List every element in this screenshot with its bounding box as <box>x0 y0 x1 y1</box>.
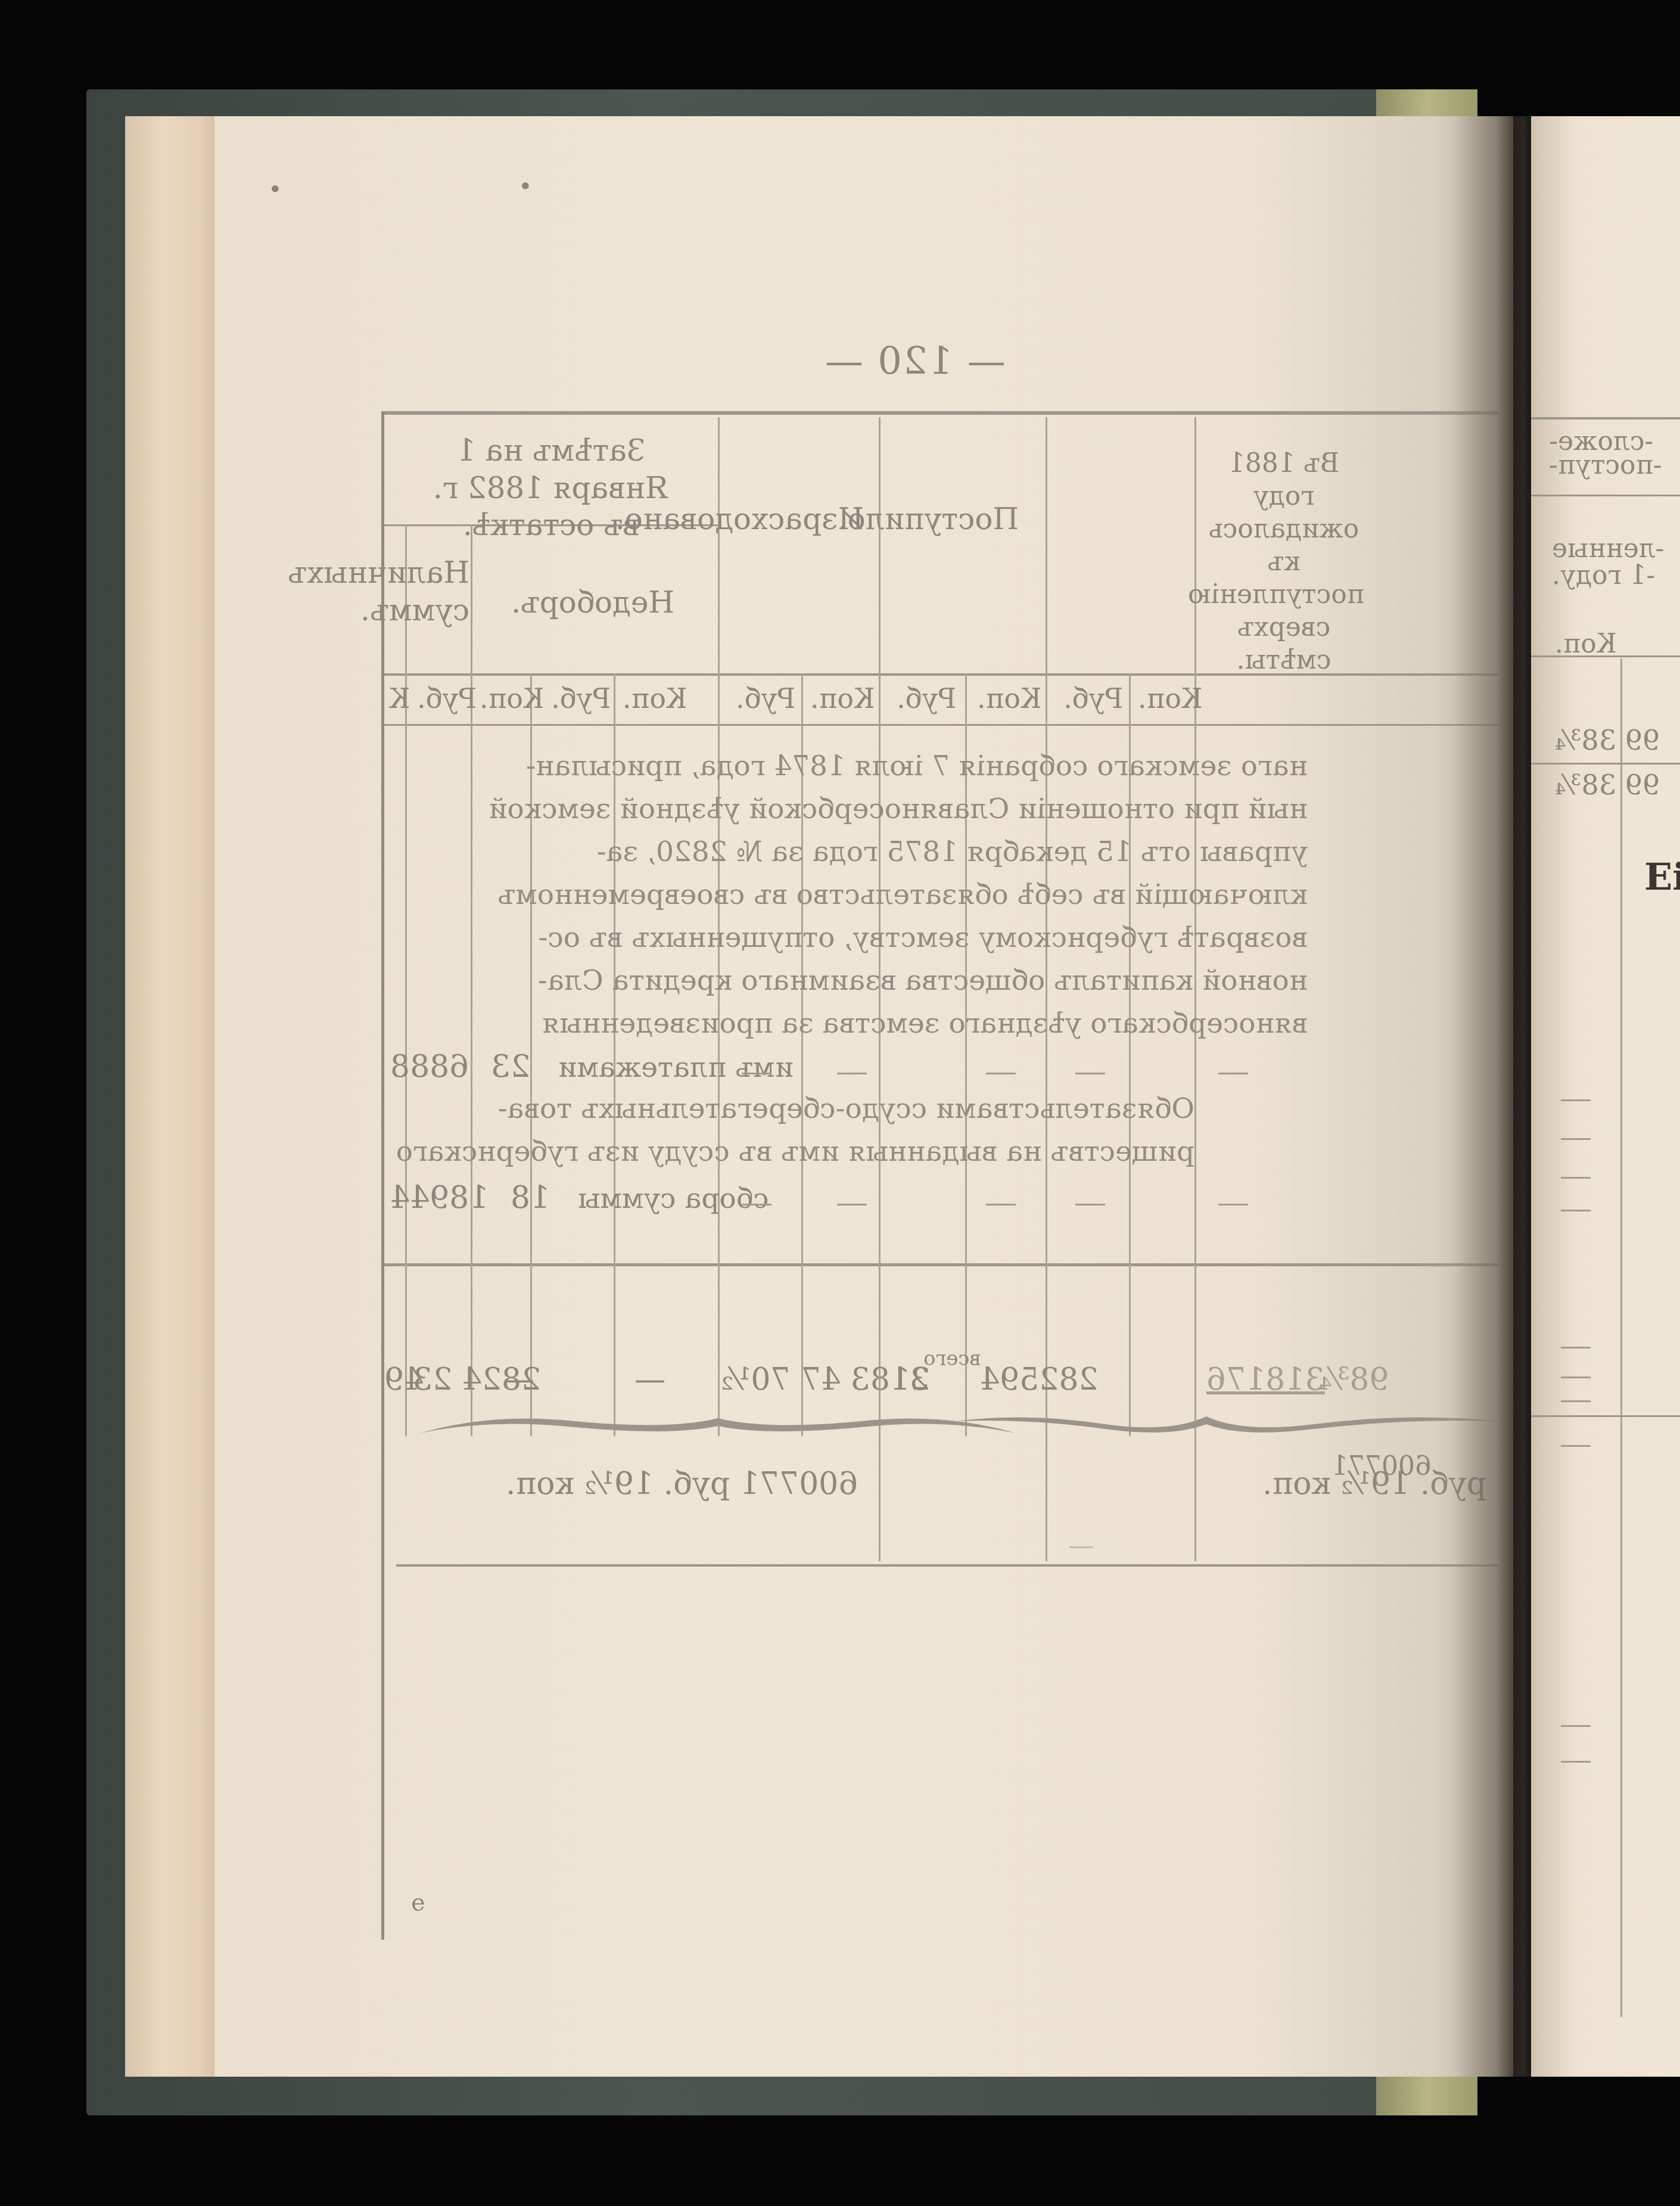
units-row: К Руб. Коп. Руб. Коп. Руб. Коп. Руб. Коп… <box>384 682 1498 721</box>
right-row-rule <box>1531 1415 1680 1417</box>
total-brace-left <box>420 1409 1016 1445</box>
header-nedobor: Недоборъ. <box>474 584 712 622</box>
book-gutter <box>1454 116 1531 2077</box>
right-page-fragment: -сложе- -поступ- -ленные -1 году. Коп. 9… <box>1531 116 1680 2077</box>
dash <box>1069 1546 1093 1548</box>
page-number: — 120 — <box>816 340 1013 384</box>
body-paragraph-1: наго земскаго собранія 7 іюля 1874 года,… <box>390 745 1308 1045</box>
stray-mark: e <box>411 1889 425 1916</box>
row-2-value: 18944 18 сбора суммы <box>390 1180 769 1216</box>
dash <box>1218 1073 1248 1074</box>
page-edges <box>125 116 220 2077</box>
dash <box>986 1073 1016 1074</box>
right-units-kop: Коп. <box>1555 629 1617 659</box>
grand-total-rule <box>396 1564 1498 1567</box>
total-brace-right <box>956 1409 1498 1445</box>
right-row-rule <box>1531 763 1680 765</box>
dash <box>837 1073 867 1074</box>
dash <box>1561 1445 1591 1447</box>
dash <box>1075 1073 1105 1074</box>
dash <box>837 1204 867 1205</box>
table-left-rule <box>381 1478 384 1940</box>
left-page: • • — 120 — Затѣмъ на 1 Января 1882 г. в… <box>214 116 1513 2077</box>
row-1-value: 6888 23 имъ платежами <box>390 1049 793 1085</box>
dash <box>742 1073 771 1074</box>
dash <box>1561 1210 1591 1211</box>
dash <box>1561 1400 1591 1402</box>
dash <box>742 1204 771 1205</box>
dash <box>1561 1377 1591 1378</box>
header-postupilo: Поступило. <box>903 501 1034 538</box>
grand-total-left: 600771 руб. 19½ коп. <box>474 1466 891 1502</box>
header-nalichnykh: Наличныхъ суммъ. <box>408 554 471 629</box>
stray-mark: • <box>268 176 282 203</box>
right-header-fragment: -поступ- <box>1549 450 1662 480</box>
right-header-rule <box>1531 495 1680 496</box>
dash <box>1218 1204 1248 1205</box>
dash <box>1075 1204 1105 1205</box>
header-ozhidalos: Въ 1881 году ожидалось къ поступленію св… <box>1200 447 1367 676</box>
financial-table: Затѣмъ на 1 Января 1882 г. въ остаткѣ. Н… <box>381 411 1495 1478</box>
dash <box>1561 1138 1591 1140</box>
totals-row: 49 2824 23 — — 70½ 3183 47 всего 21 2825… <box>384 1362 1498 1409</box>
dash <box>1561 1761 1591 1763</box>
right-col-rule <box>1620 658 1622 2017</box>
grand-total-right-amount: 600771 <box>1331 1451 1432 1481</box>
dash <box>1561 1725 1591 1727</box>
units-bottom-rule <box>384 724 1498 726</box>
dash <box>1561 1099 1591 1101</box>
right-header-fragment: -1 году. <box>1552 560 1655 591</box>
right-value: 99 38¾ <box>1555 724 1660 756</box>
table-top-rule <box>384 411 1498 415</box>
body-paragraph-2: Обязательствами ссудо-сберегательныхъ то… <box>420 1088 1194 1173</box>
body-bottom-rule <box>384 1263 1498 1266</box>
dash <box>1561 1347 1591 1349</box>
right-value: 99 38¾ <box>1555 769 1660 801</box>
dash <box>1561 1177 1591 1179</box>
right-header-fragment: -ленные <box>1552 533 1665 564</box>
dash <box>986 1204 1016 1205</box>
stray-mark: • <box>518 173 533 200</box>
right-heading-fragment: Ei <box>1644 855 1680 899</box>
right-units-rule <box>1531 655 1680 657</box>
right-table-top-rule <box>1531 417 1680 420</box>
